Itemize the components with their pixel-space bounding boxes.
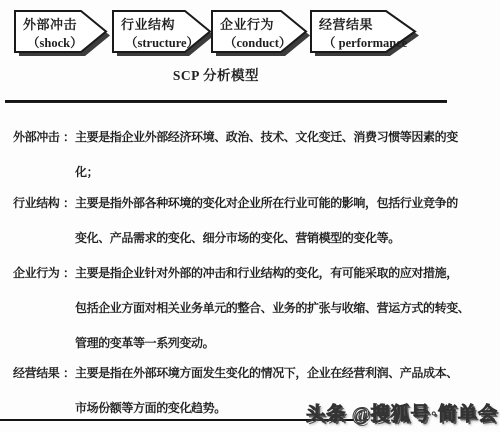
- definition-row-structure: 行业结构 ： 主要是指外部各种环境的变化对企业所在行业可能的影响，包括行业竞争的…: [13, 186, 491, 256]
- horizontal-divider: [5, 100, 447, 103]
- flow-step-title: 外部冲击: [23, 14, 77, 33]
- flow-step-subtitle: （conduct）: [224, 33, 291, 51]
- flow-step-subtitle: （shock）: [27, 33, 83, 51]
- flow-step-subtitle: （ performance: [323, 33, 407, 51]
- definition-body: 主要是指企业外部经济环境、政治、技术、文化变迁、消费习惯等因素的变 化；: [75, 120, 491, 190]
- definition-term: 外部冲击: [13, 120, 59, 155]
- flow-step-title: 行业结构: [121, 14, 175, 33]
- definition-line: 包括企业方面对相关业务单元的整合、业务的扩张与收缩、营运方式的转变、: [75, 291, 491, 326]
- definition-line: 变化、产品需求的变化、细分市场的变化、营销模型的变化等。: [75, 221, 491, 256]
- flow-step-structure: 行业结构 （structure）: [112, 10, 216, 57]
- definition-row-conduct: 企业行为 ： 主要是指企业针对外部的冲击和行业结构的变化，有可能采取的应对措施，…: [13, 256, 491, 361]
- document-page: 外部冲击 （shock） 行业结构 （structure） 企业行为 （cond…: [0, 0, 500, 432]
- watermark-text: 头条 @搜狐号·简单会: [306, 399, 498, 426]
- definition-row-shock: 外部冲击 ： 主要是指企业外部经济环境、政治、技术、文化变迁、消费习惯等因素的变…: [13, 120, 491, 190]
- definition-colon: ：: [63, 120, 75, 155]
- definition-term: 经营结果: [13, 356, 59, 391]
- diagram-caption: SCP 分析模型: [0, 64, 432, 84]
- definition-body: 主要是指外部各种环境的变化对企业所在行业可能的影响，包括行业竞争的 变化、产品需…: [75, 186, 491, 256]
- flow-step-title: 经营结果: [319, 14, 373, 33]
- definition-line: 化；: [75, 155, 491, 190]
- definition-line: 主要是指在外部环境方面发生变化的情况下，企业在经营利润、产品成本、: [75, 356, 491, 391]
- flow-step-subtitle: （structure）: [125, 33, 199, 51]
- definition-line: 主要是指外部各种环境的变化对企业所在行业可能的影响，包括行业竞争的: [75, 186, 491, 221]
- definition-line: 主要是指企业外部经济环境、政治、技术、文化变迁、消费习惯等因素的变: [75, 120, 491, 155]
- definition-colon: ：: [63, 186, 75, 221]
- definition-body: 主要是指企业针对外部的冲击和行业结构的变化，有可能采取的应对措施， 包括企业方面…: [75, 256, 491, 361]
- flow-step-shock: 外部冲击 （shock）: [14, 10, 112, 57]
- definition-term: 企业行为: [13, 256, 59, 291]
- flow-step-title: 企业行为: [220, 14, 274, 33]
- definition-term: 行业结构: [13, 186, 59, 221]
- definition-line: 主要是指企业针对外部的冲击和行业结构的变化，有可能采取的应对措施，: [75, 256, 491, 291]
- flow-step-performance: 经营结果 （ performance: [310, 10, 421, 57]
- flow-step-conduct: 企业行为 （conduct）: [211, 10, 312, 57]
- definition-colon: ：: [63, 256, 75, 291]
- definition-colon: ：: [63, 356, 75, 391]
